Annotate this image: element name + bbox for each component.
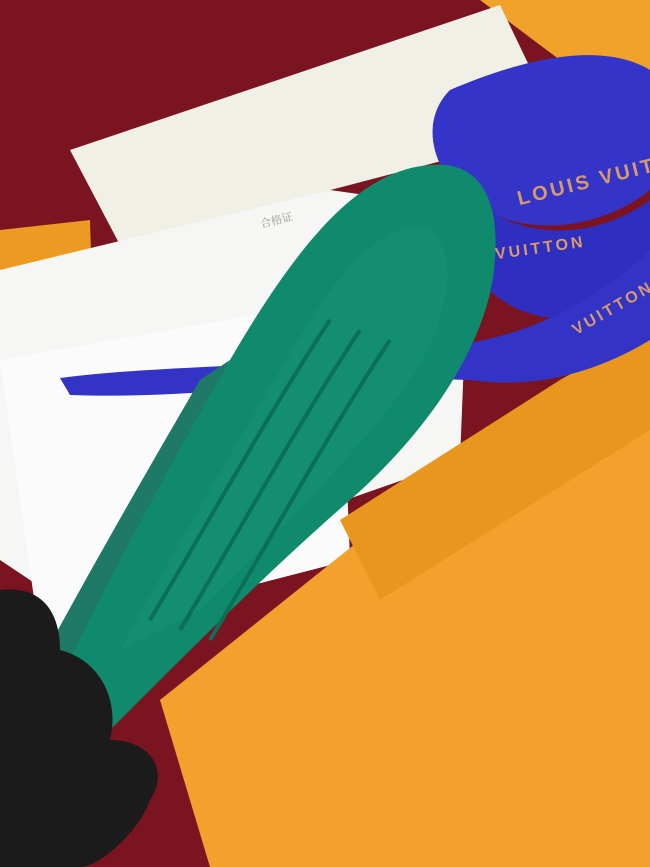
photo-scene: LOUIS VUITTON VUITTON VUITTON 合格证: [0, 0, 650, 867]
scene-illustration: [0, 0, 650, 867]
